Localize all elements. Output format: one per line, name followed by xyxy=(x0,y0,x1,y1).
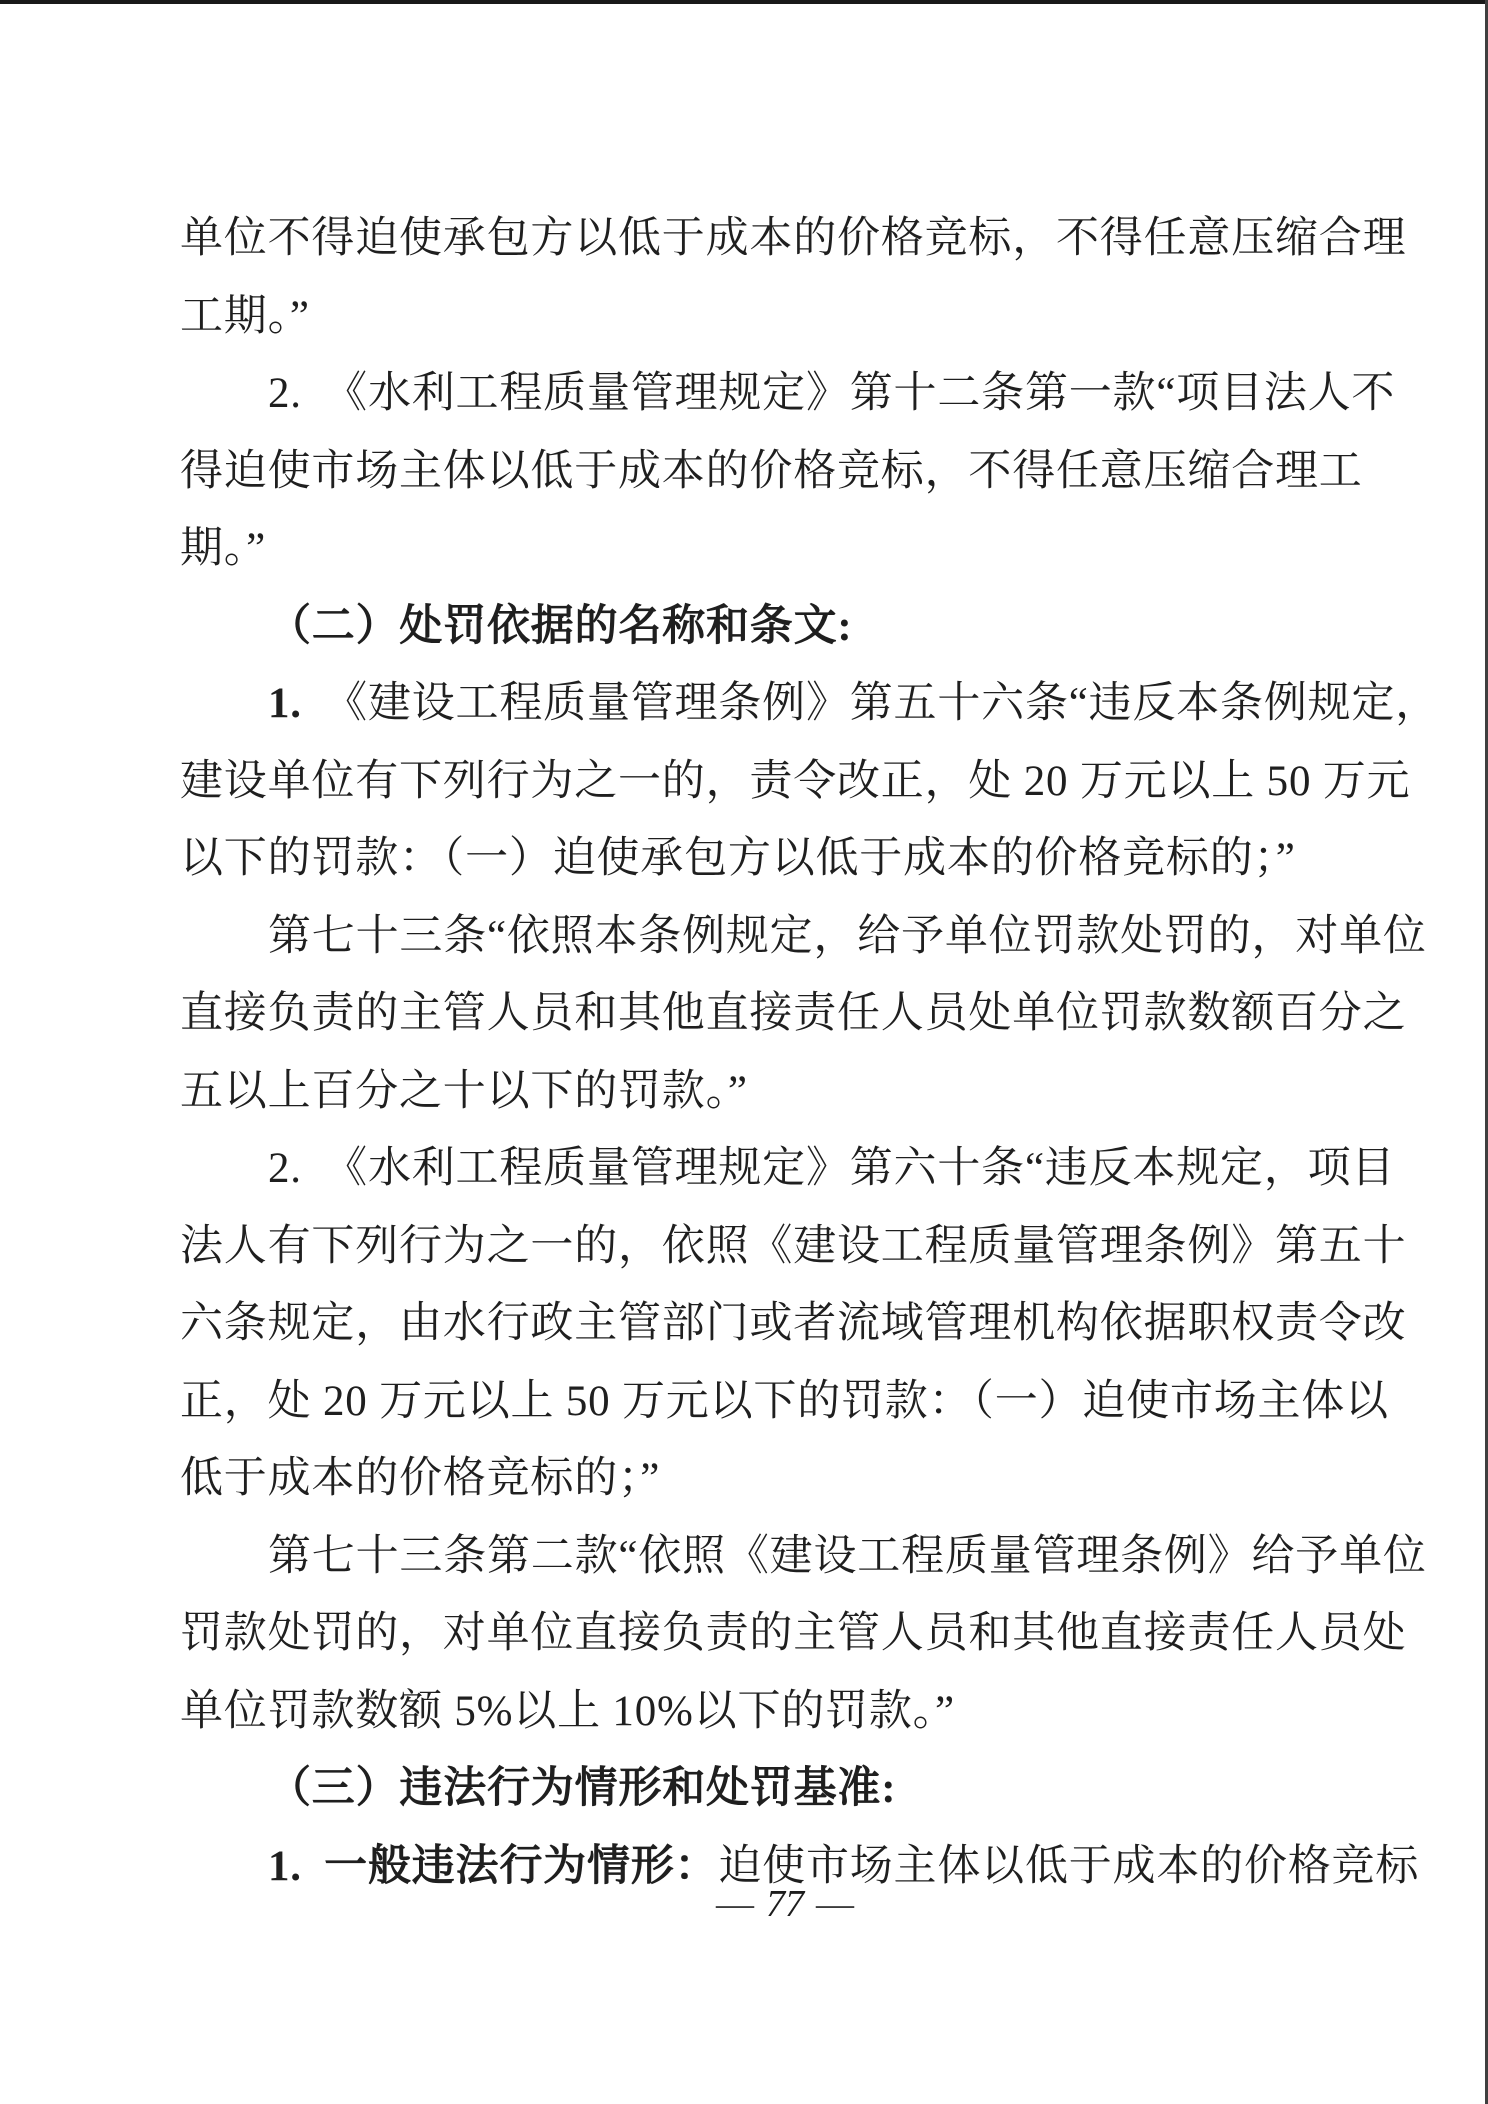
footer-dash-right: — xyxy=(816,1883,854,1925)
text-segment: 五以上百分之十以下的罚款。” xyxy=(180,1068,748,1115)
text-segment: 建设单位有下列行为之一的，责令改正，处 20 万元以上 50 万元 xyxy=(180,758,1410,805)
text-segment: 《建设工程质量管理条例》第五十六条“违反本条例规定， xyxy=(302,680,1439,727)
text-line: 1. 《建设工程质量管理条例》第五十六条“违反本条例规定， xyxy=(180,665,1330,743)
text-segment: 以下的罚款：（一）迫使承包方以低于成本的价格竞标的；” xyxy=(180,835,1296,882)
text-segment: 罚款处罚的，对单位直接负责的主管人员和其他直接责任人员处 xyxy=(180,1610,1406,1657)
text-segment: 六条规定，由水行政主管部门或者流域管理机构依据职权责令改 xyxy=(180,1300,1406,1347)
text-line: 法人有下列行为之一的，依照《建设工程质量管理条例》第五十 xyxy=(180,1208,1330,1286)
scan-edge-top xyxy=(0,0,1488,4)
text-segment: 第七十三条“依照本条例规定，给予单位罚款处罚的，对单位 xyxy=(268,913,1427,960)
text-segment: 法人有下列行为之一的，依照《建设工程质量管理条例》第五十 xyxy=(180,1223,1406,1270)
text-line: （三）违法行为情形和处罚基准: xyxy=(180,1750,1330,1828)
text-line: 六条规定，由水行政主管部门或者流域管理机构依据职权责令改 xyxy=(180,1285,1330,1363)
text-segment: 单位罚款数额 5%以上 10%以下的罚款。” xyxy=(180,1688,955,1735)
text-segment: 1. xyxy=(268,680,302,727)
text-segment: 2. 《水利工程质量管理规定》第六十条“违反本规定，项目 xyxy=(268,1145,1395,1192)
text-segment: 工期。” xyxy=(180,293,310,340)
text-line: 期。” xyxy=(180,510,1330,588)
text-segment: 低于成本的价格竞标的；” xyxy=(180,1455,660,1502)
text-line: 正，处 20 万元以上 50 万元以下的罚款：（一）迫使市场主体以 xyxy=(180,1363,1330,1441)
text-line: 第七十三条第二款“依照《建设工程质量管理条例》给予单位 xyxy=(180,1518,1330,1596)
text-segment: 正，处 20 万元以上 50 万元以下的罚款：（一）迫使市场主体以 xyxy=(180,1378,1389,1425)
text-line: 直接负责的主管人员和其他直接责任人员处单位罚款数额百分之 xyxy=(180,975,1330,1053)
text-line: 以下的罚款：（一）迫使承包方以低于成本的价格竞标的；” xyxy=(180,820,1330,898)
text-segment: 直接负责的主管人员和其他直接责任人员处单位罚款数额百分之 xyxy=(180,990,1406,1037)
scanned-document-page: 单位不得迫使承包方以低于成本的价格竞标，不得任意压缩合理工期。”2. 《水利工程… xyxy=(0,0,1488,2104)
text-line: 五以上百分之十以下的罚款。” xyxy=(180,1053,1330,1131)
text-line: 单位罚款数额 5%以上 10%以下的罚款。” xyxy=(180,1673,1330,1751)
text-segment: 单位不得迫使承包方以低于成本的价格竞标，不得任意压缩合理 xyxy=(180,215,1406,262)
text-line: 低于成本的价格竞标的；” xyxy=(180,1440,1330,1518)
text-line: 得迫使市场主体以低于成本的价格竞标，不得任意压缩合理工 xyxy=(180,433,1330,511)
text-segment: 得迫使市场主体以低于成本的价格竞标，不得任意压缩合理工 xyxy=(180,448,1363,495)
document-body: 单位不得迫使承包方以低于成本的价格竞标，不得任意压缩合理工期。”2. 《水利工程… xyxy=(180,200,1330,1905)
page-number: 77 xyxy=(766,1883,804,1925)
text-line: 2. 《水利工程质量管理规定》第六十条“违反本规定，项目 xyxy=(180,1130,1330,1208)
text-line: 2. 《水利工程质量管理规定》第十二条第一款“项目法人不 xyxy=(180,355,1330,433)
text-line: 第七十三条“依照本条例规定，给予单位罚款处罚的，对单位 xyxy=(180,898,1330,976)
text-segment: 2. 《水利工程质量管理规定》第十二条第一款“项目法人不 xyxy=(268,370,1395,417)
text-segment: 第七十三条第二款“依照《建设工程质量管理条例》给予单位 xyxy=(268,1533,1427,1580)
text-segment: （三）违法行为情形和处罚基准: xyxy=(268,1765,896,1812)
page-footer: —77— xyxy=(82,1882,1488,1926)
text-line: 罚款处罚的，对单位直接负责的主管人员和其他直接责任人员处 xyxy=(180,1595,1330,1673)
text-line: 建设单位有下列行为之一的，责令改正，处 20 万元以上 50 万元 xyxy=(180,743,1330,821)
text-segment: （二）处罚依据的名称和条文: xyxy=(268,603,853,650)
text-line: 单位不得迫使承包方以低于成本的价格竞标，不得任意压缩合理 xyxy=(180,200,1330,278)
text-line: （二）处罚依据的名称和条文: xyxy=(180,588,1330,666)
footer-dash-left: — xyxy=(716,1883,754,1925)
text-segment: 期。” xyxy=(180,525,266,572)
text-line: 工期。” xyxy=(180,278,1330,356)
